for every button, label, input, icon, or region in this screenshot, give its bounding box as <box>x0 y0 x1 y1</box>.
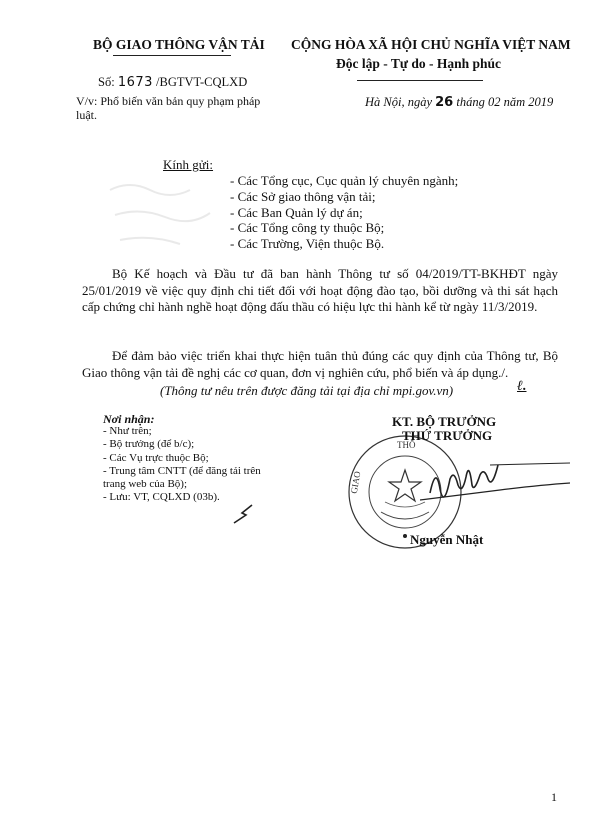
organization-name: BỘ GIAO THÔNG VẬN TẢI <box>93 37 265 53</box>
body-paragraph-2: Để đảm bảo việc triển khai thực hiện tuâ… <box>82 348 558 381</box>
publication-note: (Thông tư nêu trên được đăng tải tại địa… <box>160 383 453 399</box>
recipient-item: - Các Sở giao thông vận tải; <box>230 189 458 205</box>
number-handwritten: 1673 <box>118 75 153 90</box>
date-prefix: Hà Nội, ngày <box>365 95 432 109</box>
receiver-item: - Bộ trưởng (để b/c); <box>103 438 283 451</box>
recipient-item: - Các Tổng công ty thuộc Bộ; <box>230 220 458 236</box>
signature-title-line-2: THỨ TRƯỞNG <box>402 428 492 444</box>
recipient-item: - Các Trường, Viện thuộc Bộ. <box>230 236 458 252</box>
document-subject: V/v: Phổ biến văn bản quy phạm pháp luật… <box>76 94 281 122</box>
receiver-item: - Các Vụ trực thuộc Bộ; <box>103 452 283 465</box>
signature-icon <box>420 455 570 515</box>
handwritten-tick-icon <box>228 503 258 525</box>
paragraph-2-text: Để đảm bảo việc triển khai thực hiện tuâ… <box>82 348 558 380</box>
receiver-item: - Như trên; <box>103 425 283 438</box>
recipient-item: - Các Tổng cục, Cục quản lý chuyên ngành… <box>230 173 458 189</box>
page-number: 1 <box>551 790 557 805</box>
date-suffix: tháng 02 năm 2019 <box>456 95 553 109</box>
date-day-handwritten: 26 <box>435 95 453 110</box>
number-suffix: /BGTVT-CQLXD <box>156 75 247 89</box>
receiver-item: trang web của Bộ); <box>103 478 283 491</box>
svg-text:GIAO: GIAO <box>349 470 363 494</box>
paragraph-1-text: Bộ Kế hoạch và Đầu tư đã ban hành Thông … <box>82 266 558 314</box>
receiver-item: - Trung tâm CNTT (để đăng tải trên <box>103 465 283 478</box>
scan-noise <box>100 170 220 260</box>
number-prefix: Số: <box>98 75 115 89</box>
motto-underline <box>357 80 483 81</box>
national-motto: Độc lập - Tự do - Hạnh phúc <box>336 56 501 72</box>
body-paragraph-1: Bộ Kế hoạch và Đầu tư đã ban hành Thông … <box>82 266 558 316</box>
handwritten-initials: ℓ. <box>517 379 526 395</box>
nation-title: CỘNG HÒA XÃ HỘI CHỦ NGHĨA VIỆT NAM <box>291 37 571 53</box>
document-date: Hà Nội, ngày 26 tháng 02 năm 2019 <box>365 95 553 110</box>
organization-underline <box>113 55 231 56</box>
document-number: Số: 1673 /BGTVT-CQLXD <box>98 75 247 90</box>
signer-name: Nguyễn Nhật <box>410 532 483 548</box>
recipients-list: - Các Tổng cục, Cục quản lý chuyên ngành… <box>230 173 458 252</box>
recipient-item: - Các Ban Quản lý dự án; <box>230 205 458 221</box>
receivers-list: - Như trên; - Bộ trưởng (để b/c); - Các … <box>103 425 283 505</box>
recipients-label: Kính gửi: <box>163 157 213 173</box>
